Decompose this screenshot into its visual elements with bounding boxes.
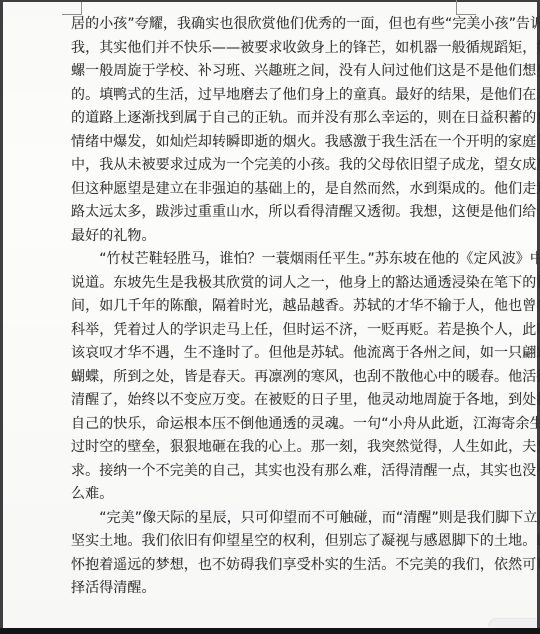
paragraph-2: “竹杖芒鞋轻胜马，谁怕？一蓑烟雨任平生。”苏东坡在他的《定风波》中如是说道。东坡… — [71, 248, 459, 507]
text-line: 自己的快乐，命运根本压不倒他通透的灵魂。一句“小舟从此逝，江海寄余生”跨 — [71, 413, 459, 437]
text-line: 情绪中爆发，如灿烂却转瞬即逝的烟火。我感激于我生活在一个开明的家庭当 — [71, 131, 459, 155]
text-line: 求。接纳一个不完美的自己，其实也没有那么难，活得清醒一点，其实也没有那 — [71, 460, 459, 484]
text-line: 择活得清醒。 — [71, 577, 459, 601]
text-line: 中，我从未被要求过成为一个完美的小孩。我的父母依旧望子成龙，望女成凤， — [71, 154, 459, 178]
text-line: “完美”像天际的星辰，只可仰望而不可触碰，而“清醒”则是我们脚下立足的 — [71, 507, 459, 531]
text-line: 的。填鸭式的生活，过早地磨去了他们身上的童真。最好的结果，是他们在未来 — [71, 84, 459, 108]
text-line: 怀抱着遥远的梦想，也不妨碍我们享受朴实的生活。不完美的我们，依然可以选 — [71, 554, 459, 578]
text-line: 清醒了，始终以不变应万变。在被贬的日子里，他灵动地周旋于各地，到处搜刮 — [71, 389, 459, 413]
text-line: “竹杖芒鞋轻胜马，谁怕？一蓑烟雨任平生。”苏东坡在他的《定风波》中如是 — [71, 248, 459, 272]
overlapping-card-corner — [489, 619, 537, 628]
text-line: 但这种愿望是建立在非强迫的基础上的，是自然而然，水到渠成的。他们走过的 — [71, 178, 459, 202]
text-line: 路太远太多，跋涉过重重山水，所以看得清醒又透彻。我想，这便是他们给予我 — [71, 201, 459, 225]
paragraph-3: “完美”像天际的星辰，只可仰望而不可触碰，而“清醒”则是我们脚下立足的坚实土地。… — [71, 507, 459, 601]
text-line: 说道。东坡先生是我极其欣赏的词人之一，他身上的豁达通透浸染在笔下的词句 — [71, 272, 459, 296]
text-line: 的道路上逐渐找到属于自己的正轨。而并没有那么幸运的，则在日益积蓄的负面 — [71, 107, 459, 131]
text-line: 居的小孩”夸耀，我确实也很欣赏他们优秀的一面，但也有些“完美小孩”告诉 — [71, 13, 459, 37]
text-line: 蝴蝶，所到之处，皆是春天。再凛冽的寒风，也刮不散他心中的暖春。他活得太 — [71, 366, 459, 390]
text-line: 么难。 — [71, 483, 459, 507]
paragraph-1: 居的小孩”夸耀，我确实也很欣赏他们优秀的一面，但也有些“完美小孩”告诉我，其实他… — [71, 13, 459, 248]
text-line: 螺一般周旋于学校、补习班、兴趣班之间，没有人问过他们这是不是他们想要 — [71, 60, 459, 84]
document-text: 居的小孩”夸耀，我确实也很欣赏他们优秀的一面，但也有些“完美小孩”告诉我，其实他… — [71, 13, 459, 601]
page-edge-left — [0, 0, 3, 634]
document-page: 居的小孩”夸耀，我确实也很欣赏他们优秀的一面，但也有些“完美小孩”告诉我，其实他… — [0, 0, 540, 634]
text-line: 间，如几千年的陈酿，隔着时光，越品越香。苏轼的才华不输于人，他也曾参加 — [71, 295, 459, 319]
text-line: 坚实土地。我们依旧有仰望星空的权利，但别忘了凝视与感恩脚下的土地。即使 — [71, 530, 459, 554]
text-line: 最好的礼物。 — [71, 225, 459, 249]
text-line: 过时空的壁垒，狠狠地砸在我的心上。那一刻，我突然觉得，人生如此，夫复何 — [71, 436, 459, 460]
text-line: 我，其实他们并不快乐——被要求收敛身上的锋芒，如机器一般循规蹈矩，如陀 — [71, 37, 459, 61]
text-line: 科举，凭着过人的学识走马上任，但时运不济，一贬再贬。若是换个人，此时早 — [71, 319, 459, 343]
text-line: 该哀叹才华不遇，生不逢时了。但他是苏轼。他流离于各州之间，如一只翩跹的 — [71, 342, 459, 366]
page-edge-bottom — [0, 628, 540, 634]
